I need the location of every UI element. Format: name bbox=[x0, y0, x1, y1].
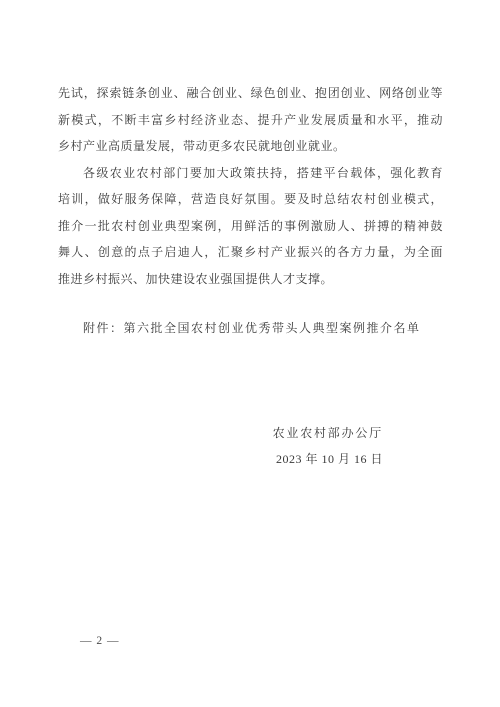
document-page: 先试，探索链条创业、融合创业、绿色创业、抱团创业、网络创业等 新模式，不断丰富乡… bbox=[0, 0, 500, 707]
body-line: 推介一批农村创业典型案例，用鲜活的事例激励人、拼搏的精神鼓 bbox=[58, 213, 443, 240]
issuing-office: 农业农村部办公厅 bbox=[58, 420, 383, 447]
signature-block: 农业农村部办公厅 2023 年 10 月 16 日 bbox=[58, 420, 443, 473]
body-line: 推进乡村振兴、加快建设农业强国提供人才支撑。 bbox=[58, 266, 443, 293]
body-line: 乡村产业高质量发展，带动更多农民就地创业就业。 bbox=[58, 133, 443, 160]
issue-date: 2023 年 10 月 16 日 bbox=[58, 446, 383, 473]
body-line: 各级农业农村部门要加大政策扶持，搭建平台载体，强化教育 bbox=[58, 160, 443, 187]
body-line: 新模式，不断丰富乡村经济业态、提升产业发展质量和水平，推动 bbox=[58, 107, 443, 134]
body-line: 先试，探索链条创业、融合创业、绿色创业、抱团创业、网络创业等 bbox=[58, 80, 443, 107]
body-line: 舞人、创意的点子启迪人，汇聚乡村产业振兴的各方力量，为全面 bbox=[58, 239, 443, 266]
letter-body: 先试，探索链条创业、融合创业、绿色创业、抱团创业、网络创业等 新模式，不断丰富乡… bbox=[58, 80, 443, 473]
page-number: — 2 — bbox=[80, 631, 120, 651]
attachment-line: 附件：第六批全国农村创业优秀带头人典型案例推介名单 bbox=[58, 315, 443, 342]
body-line: 培训，做好服务保障，营造良好氛围。要及时总结农村创业模式， bbox=[58, 186, 443, 213]
